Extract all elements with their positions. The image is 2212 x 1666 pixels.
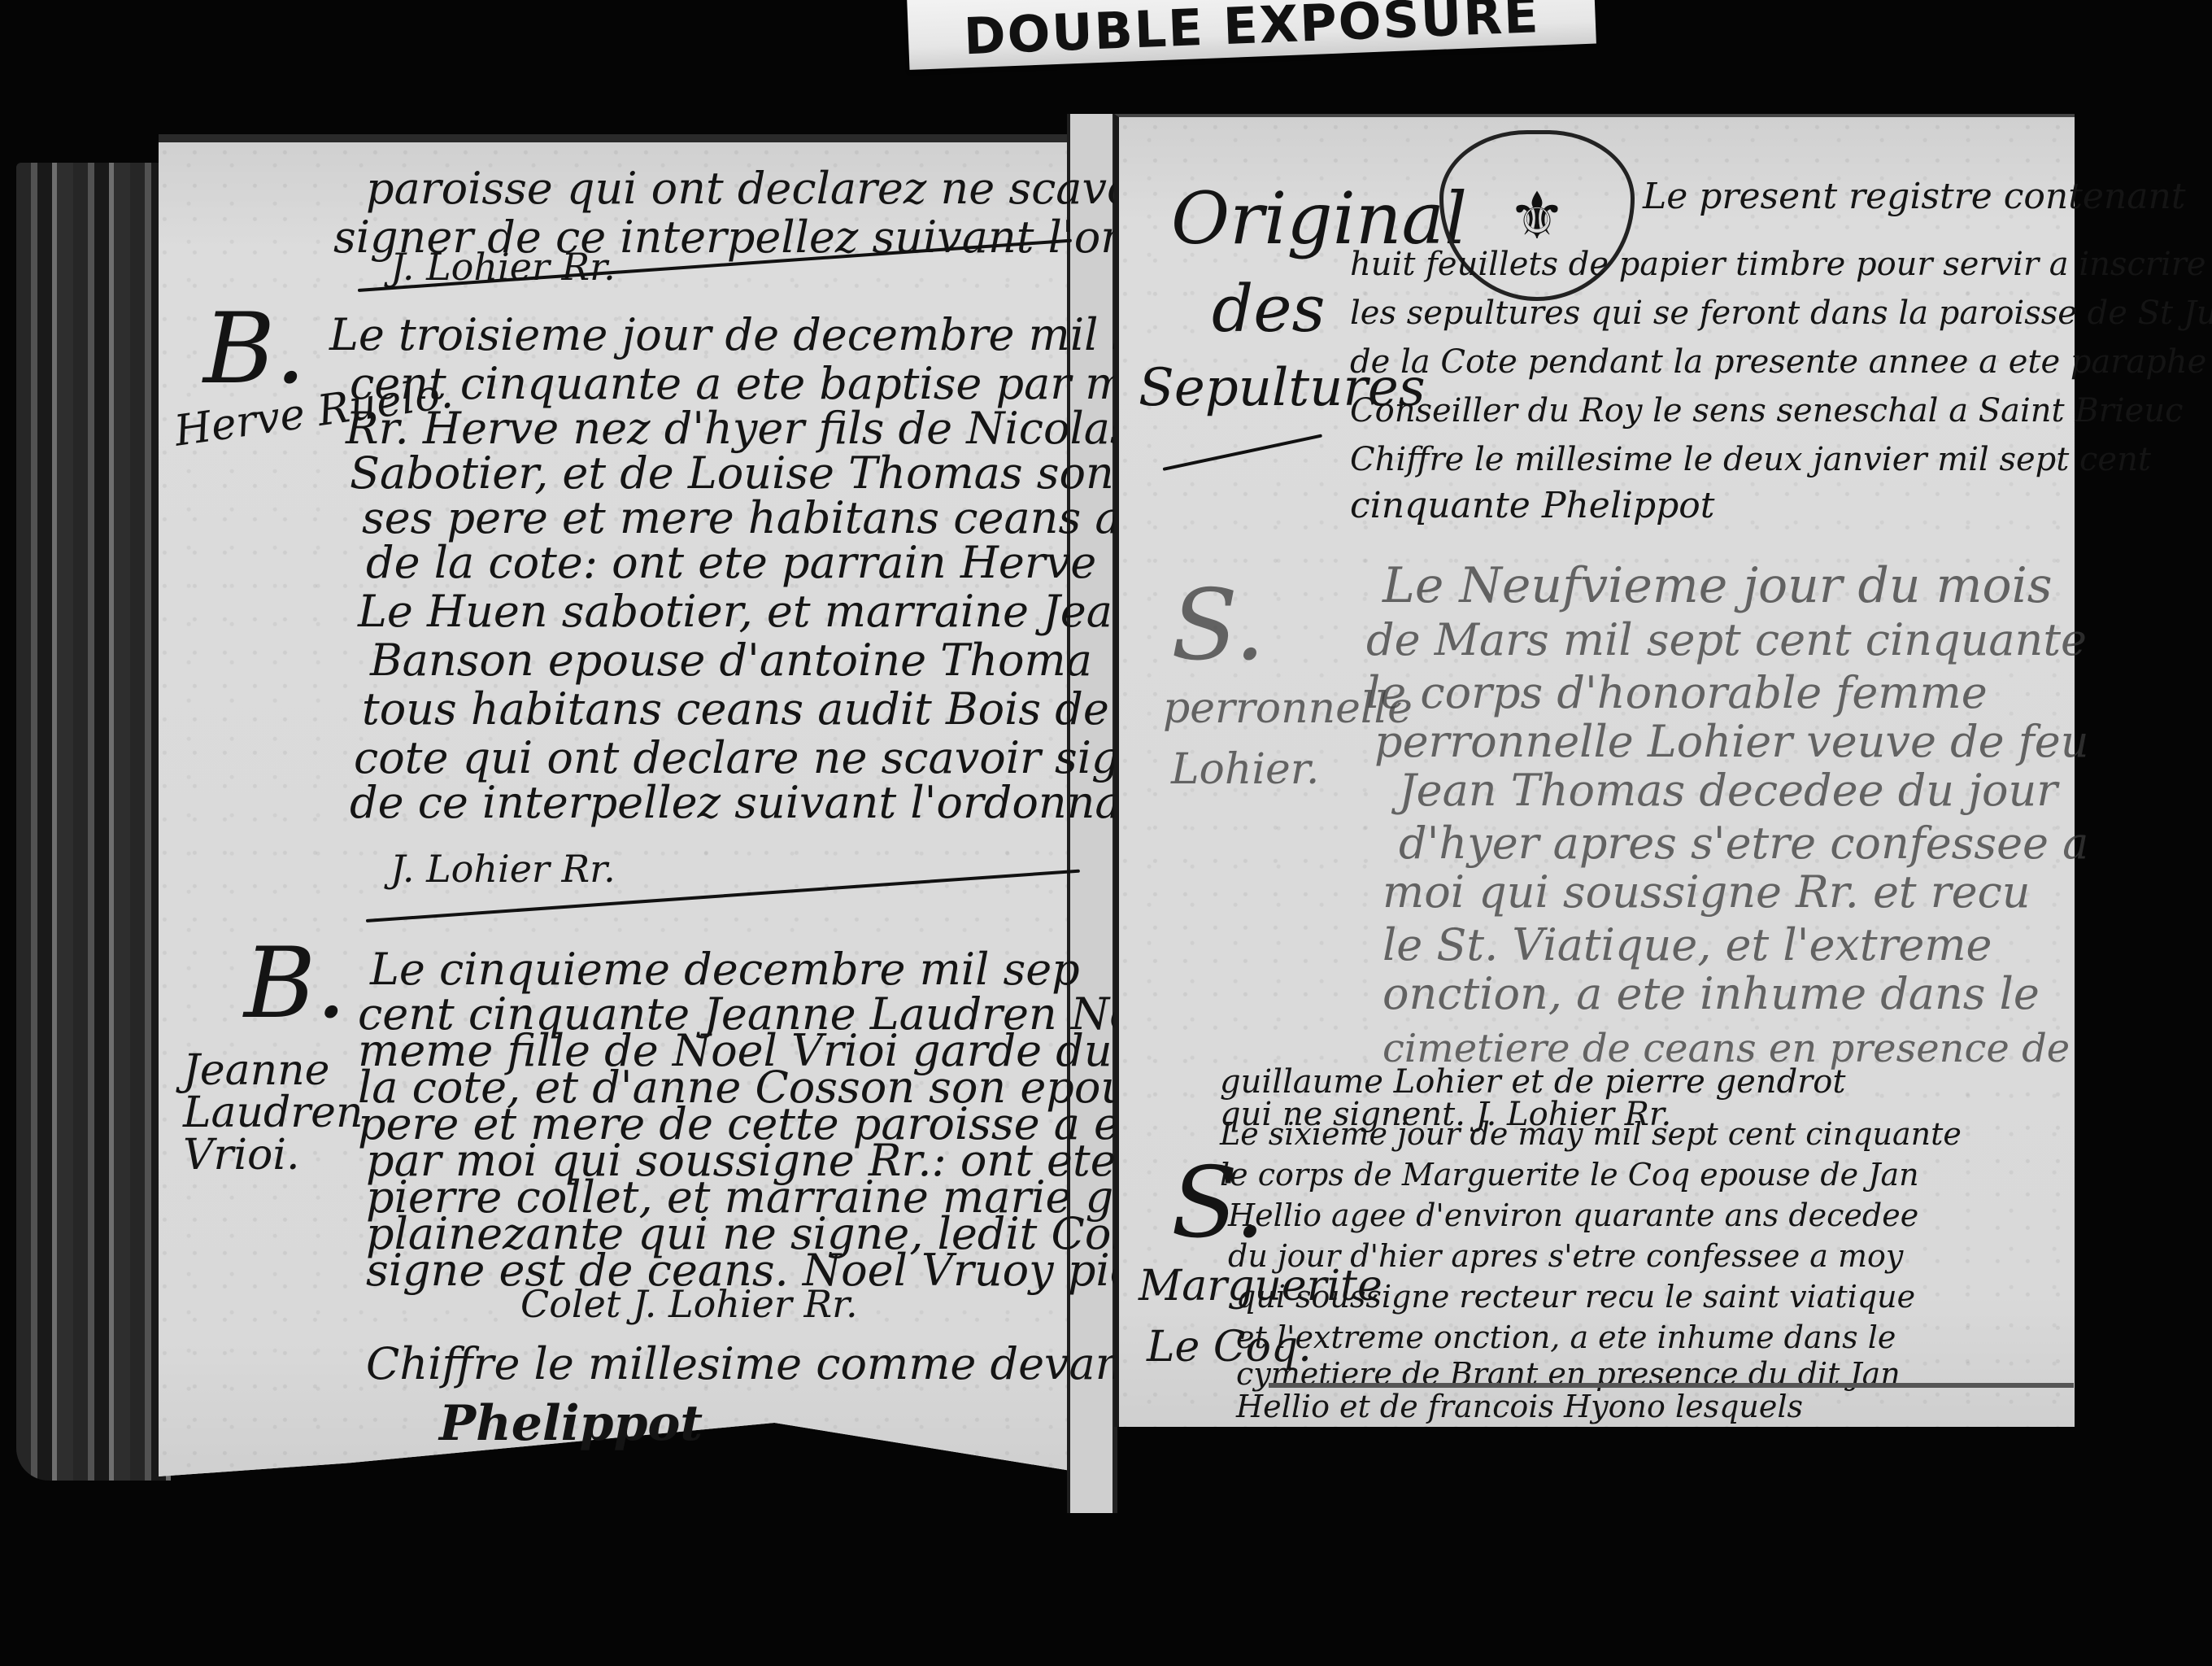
- text-line: cinquante Phelippot: [1350, 488, 1714, 524]
- text-line: Le Huen sabotier, et marraine Jeann: [358, 590, 1169, 634]
- margin-mark: B.: [203, 301, 306, 399]
- text-line: du jour d'hier apres s'etre confessee a …: [1228, 1241, 1903, 1271]
- text-line: Chiffre le millesime le deux janvier mil…: [1350, 443, 2151, 476]
- book-binding: [16, 163, 171, 1481]
- text-line: moi qui soussigne Rr. et recu: [1382, 870, 2031, 914]
- signature: Colet J. Lohier Rr.: [520, 1285, 858, 1323]
- text-line: les sepultures qui se feront dans la par…: [1350, 297, 2212, 329]
- text-line: cote qui ont declare ne scavoir signe: [354, 736, 1173, 780]
- text-line: ses pere et mere habitans ceans au Bo: [362, 496, 1222, 540]
- text-line: Le present registre contenant: [1643, 179, 2186, 215]
- label-text: DOUBLE EXPOSURE: [963, 0, 1541, 66]
- text-line: de la Cote pendant la presente annee a e…: [1350, 346, 2206, 378]
- text-line: Le cinquieme decembre mil sep: [370, 948, 1080, 992]
- text-line: et l'extreme onction, a ete inhume dans …: [1236, 1322, 1896, 1353]
- margin-name: Lohier.: [1171, 748, 1319, 791]
- text-line: guillaume Lohier et de pierre gendrot: [1220, 1066, 1845, 1098]
- signature: Phelippot: [439, 1399, 703, 1448]
- text-line: Chiffre le millesime comme devant: [366, 1342, 1141, 1386]
- text-line: qui soussigne recteur recu le saint viat…: [1236, 1281, 1915, 1312]
- text-line: le corps de Marguerite le Coq epouse de …: [1220, 1159, 1919, 1190]
- text-line: onction, a ete inhume dans le: [1382, 972, 2040, 1016]
- signature: J. Lohier Rr.: [390, 850, 616, 888]
- text-line: de ce interpellez suivant l'ordonnan: [350, 781, 1149, 825]
- text-line: huit feuillets de papier timbre pour ser…: [1350, 248, 2206, 281]
- text-line: Hellio agee d'environ quarante ans deced…: [1228, 1200, 1918, 1231]
- page-bottom-fold: [1269, 1383, 2074, 1388]
- heading-line: Original: [1171, 183, 1467, 255]
- text-line: Rr. Herve nez d'hyer fils de Nicolas Rue: [346, 407, 1234, 451]
- text-line: Hellio et de francois Hyono lesquels: [1236, 1391, 1803, 1422]
- text-line: le St. Viatique, et l'extreme: [1382, 923, 1992, 967]
- text-line: perronnelle Lohier veuve de feu: [1374, 720, 2088, 764]
- text-line: paroisse qui ont declarez ne scavoir: [366, 167, 1169, 211]
- text-line: le corps d'honorable femme: [1366, 671, 1988, 715]
- text-line: Sabotier, et de Louise Thomas son epou: [350, 451, 1237, 495]
- text-line: Le sixieme jour de may mil sept cent cin…: [1220, 1119, 1962, 1149]
- text-line: Jean Thomas decedee du jour: [1399, 769, 2057, 813]
- margin-mark: S.: [1171, 578, 1265, 675]
- text-line: Le Neufvieme jour du mois: [1382, 561, 2053, 610]
- margin-mark: B.: [244, 935, 346, 1033]
- text-line: de Mars mil sept cent cinquante: [1366, 618, 2087, 662]
- text-line: Conseiller du Roy le sens seneschal a Sa…: [1350, 395, 2184, 427]
- text-line: d'hyer apres s'etre confessee a: [1399, 822, 2088, 866]
- text-line: tous habitans ceans audit Bois de: [362, 687, 1109, 731]
- text-line: Le troisieme jour de decembre mil sept: [329, 313, 1207, 357]
- margin-name: Jeanne Laudren Vrioi.: [183, 1049, 346, 1176]
- text-line: Banson epouse d'antoine Thoma: [370, 639, 1092, 683]
- text-line: de la cote: ont ete parrain Herve: [366, 541, 1096, 585]
- double-exposure-label: DOUBLE EXPOSURE: [907, 0, 1596, 70]
- text-line: cimetiere de ceans en presence de: [1382, 1029, 2070, 1068]
- heading-line: des: [1212, 277, 1326, 342]
